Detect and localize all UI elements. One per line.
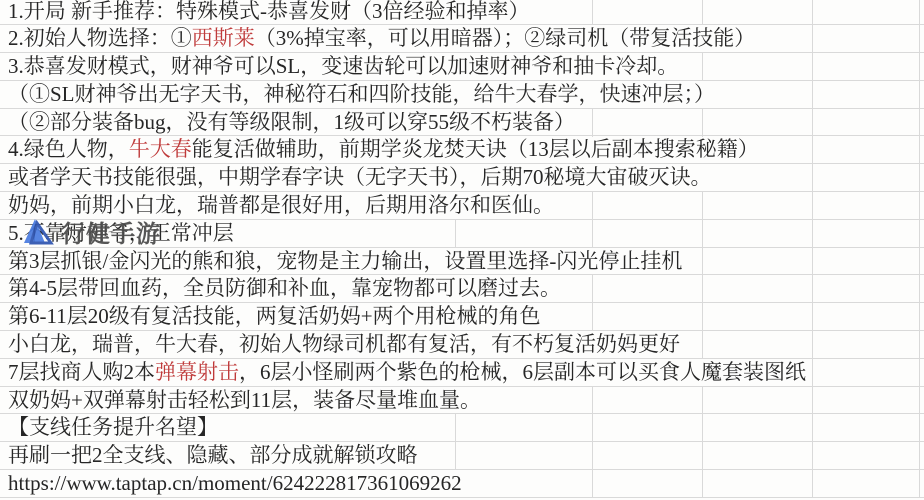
sheet-row[interactable]: 奶妈，前期小白龙，瑞普都是很好用，后期用洛尔和医仙。 [0,192,924,220]
grid-line [812,442,813,470]
sheet-row[interactable]: 4.绿色人物，牛大春能复活做辅助，前期学炎龙焚天诀（13层以后副本搜索秘籍） [0,136,924,164]
row-text: （3%掉宝率，可以用暗器）；②绿司机（带复活技能） [255,26,756,50]
grid-line [702,220,703,248]
sheet-row[interactable]: 双奶妈+双弹幕射击轻松到11层，装备尽量堆血量。 [0,387,924,415]
sheet-row[interactable]: 【支线任务提升名望】 [0,414,924,442]
row-text: 奶妈，前期小白龙，瑞普都是很好用，后期用洛尔和医仙。 [8,193,554,217]
row-text: 5.不靠财神爷，正常冲层 [8,221,234,245]
row-text: 4.绿色人物， [8,137,129,161]
row-text: （②部分装备bug，没有等级限制，1级可以穿55级不朽装备） [8,110,575,134]
grid-line [702,53,703,81]
sheet-row[interactable]: 7层找商人购2本弹幕射击，6层小怪刷两个紫色的枪械，6层副本可以买食人魔套装图纸 [0,359,924,387]
grid-line [702,192,703,220]
grid-line [919,303,920,331]
grid-line [702,331,703,359]
grid-line [812,303,813,331]
sheet-row[interactable]: 1.开局 新手推荐：特殊模式-恭喜发财（3倍经验和掉率） [0,0,924,25]
row-text: 3.恭喜发财模式，财神爷可以SL，变速齿轮可以加速财神爷和抽卡冷却。 [8,54,678,78]
grid-line [812,470,813,498]
grid-line [455,414,456,442]
sheet-row[interactable]: 或者学天书技能很强，中期学春字诀（无字天书），后期70秘境大宙破灭诀。 [0,164,924,192]
sheet-row[interactable]: 2.初始人物选择：①西斯莱（3%掉宝率，可以用暗器）；②绿司机（带复活技能） [0,25,924,53]
row-text: 7层找商人购2本 [8,360,155,384]
row-text: 第3层抓银/金闪光的熊和狼，宠物是主力输出，设置里选择-闪光停止挂机 [8,249,682,273]
grid-line [702,414,703,442]
grid-line [812,192,813,220]
grid-line [812,275,813,303]
grid-line [592,220,593,248]
grid-line [592,275,593,303]
grid-line [455,442,456,470]
grid-line [919,136,920,164]
sheet-row[interactable]: 第4-5层带回血药，全员防御和补血，靠宠物都可以磨过去。 [0,275,924,303]
row-text: 再刷一把2全支线、隐藏、部分成就解锁攻略 [8,443,418,467]
sheet-row[interactable]: 第3层抓银/金闪光的熊和狼，宠物是主力输出，设置里选择-闪光停止挂机 [0,248,924,276]
row-text: 小白龙，瑞普，牛大春，初始人物绿司机都有复活，有不朽复活奶妈更好 [8,332,680,356]
sheet-row[interactable]: 3.恭喜发财模式，财神爷可以SL，变速齿轮可以加速财神爷和抽卡冷却。 [0,53,924,81]
grid-line [919,192,920,220]
grid-line [592,442,593,470]
grid-line [812,248,813,276]
grid-line [919,442,920,470]
grid-line [702,470,703,498]
taptap-url[interactable]: https://www.taptap.cn/moment/62422281736… [8,471,462,495]
row-text: 2.初始人物选择：① [8,26,192,50]
row-text: 1.开局 新手推荐：特殊模式-恭喜发财（3倍经验和掉率） [8,0,530,23]
grid-line [592,303,593,331]
grid-line [812,414,813,442]
sheet-row[interactable]: 小白龙，瑞普，牛大春，初始人物绿司机都有复活，有不朽复活奶妈更好 [0,331,924,359]
grid-line [919,53,920,81]
grid-line [919,414,920,442]
grid-line [812,220,813,248]
grid-line [702,303,703,331]
row-text-highlight: 牛大春 [129,137,192,161]
grid-line [702,275,703,303]
row-text: 或者学天书技能很强，中期学春字诀（无字天书），后期70秘境大宙破灭诀。 [8,165,712,189]
grid-line [919,81,920,109]
row-text: 双奶妈+双弹幕射击轻松到11层，装备尽量堆血量。 [8,388,481,412]
grid-line [919,164,920,192]
grid-line [812,109,813,137]
grid-line [919,331,920,359]
grid-line [592,192,593,220]
grid-line [702,109,703,137]
row-text-highlight: 西斯莱 [192,26,255,50]
grid-line [919,275,920,303]
sheet-row[interactable]: 第6-11层20级有复活技能，两复活奶妈+两个用枪械的角色 [0,303,924,331]
grid-line [919,220,920,248]
sheet-row[interactable]: 再刷一把2全支线、隐藏、部分成就解锁攻略 [0,442,924,470]
grid-line [702,442,703,470]
sheet-row[interactable]: 5.不靠财神爷，正常冲层 [0,220,924,248]
grid-line [919,248,920,276]
grid-line [919,25,920,53]
row-text: 【支线任务提升名望】 [8,415,218,439]
grid-line [812,359,813,387]
grid-line [702,387,703,415]
spreadsheet-guide-sheet: 1.开局 新手推荐：特殊模式-恭喜发财（3倍经验和掉率） 2.初始人物选择：①西… [0,0,924,500]
grid-line [919,470,920,498]
grid-line [919,359,920,387]
row-text: 第6-11层20级有复活技能，两复活奶妈+两个用枪械的角色 [8,304,541,328]
row-text: 第4-5层带回血药，全员防御和补血，靠宠物都可以磨过去。 [8,276,561,300]
grid-line [812,25,813,53]
grid-line [592,109,593,137]
grid-line [592,414,593,442]
row-text: 能复活做辅助，前期学炎龙焚天诀（13层以后副本搜索秘籍） [192,137,759,161]
grid-line [812,53,813,81]
grid-line [592,387,593,415]
grid-line [919,109,920,137]
sheet-row[interactable]: （②部分装备bug，没有等级限制，1级可以穿55级不朽装备） [0,109,924,137]
grid-line [812,81,813,109]
grid-line [812,136,813,164]
grid-line [455,220,456,248]
grid-line [812,387,813,415]
sheet-row[interactable]: https://www.taptap.cn/moment/62422281736… [0,470,924,498]
grid-line [919,0,920,25]
row-text-highlight: 弹幕射击 [155,360,239,384]
sheet-row[interactable]: （①SL财神爷出无字天书，神秘符石和四阶技能，给牛大春学，快速冲层；） [0,81,924,109]
grid-line [702,0,703,25]
grid-line [812,331,813,359]
row-text: （①SL财神爷出无字天书，神秘符石和四阶技能，给牛大春学，快速冲层；） [8,82,715,106]
grid-line [592,470,593,498]
grid-line [812,164,813,192]
grid-line [812,0,813,25]
grid-line [702,248,703,276]
row-text: ，6层小怪刷两个紫色的枪械，6层副本可以买食人魔套装图纸 [239,360,806,384]
grid-line [919,387,920,415]
grid-line [592,0,593,25]
